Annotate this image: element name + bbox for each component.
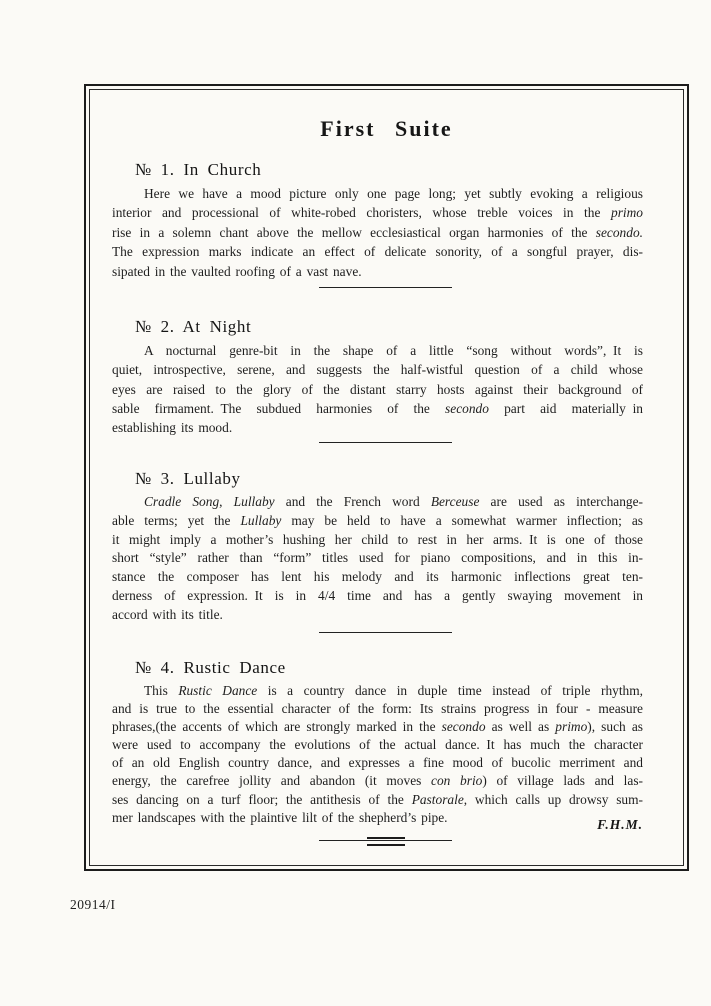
section-paragraph: Cradle Song, Lullaby and the French word… — [112, 493, 643, 625]
section-heading: № 1. In Church — [135, 160, 643, 180]
text-line: of an old English country dance, and exp… — [112, 754, 643, 772]
text-line: were used to accompany the evolutions of… — [112, 736, 643, 754]
section-4: № 4. Rustic DanceThis Rustic Dance is a … — [112, 658, 643, 827]
text-line: sipated in the vaulted roofing of a vast… — [112, 262, 643, 281]
text-line: The expression marks indicate an effect … — [112, 242, 643, 261]
section-heading: № 2. At Night — [135, 317, 643, 337]
text-line: short “style” rather than “form” titles … — [112, 549, 643, 568]
text-line: phrases,(the accents of which are strong… — [112, 718, 643, 736]
end-rule-double-bar — [367, 837, 405, 846]
text-line: able terms; yet the Lullaby may be held … — [112, 512, 643, 531]
section-2: № 2. At NightA nocturnal genre-bit in th… — [112, 317, 643, 437]
section-paragraph: A nocturnal genre-bit in the shape of a … — [112, 341, 643, 437]
text-line: interior and processional of white-robed… — [112, 203, 643, 222]
text-line: establishing its mood. — [112, 418, 643, 437]
section-divider — [319, 287, 452, 288]
text-line: eyes are raised to the glory of the dist… — [112, 380, 643, 399]
text-line: energy, the carefree jollity and abandon… — [112, 772, 643, 790]
text-line: sable firmament. The subdued harmonies o… — [112, 399, 643, 418]
text-line: mer landscapes with the plaintive lilt o… — [112, 809, 643, 827]
text-line: A nocturnal genre-bit in the shape of a … — [112, 341, 643, 360]
section-divider — [319, 632, 452, 633]
end-rule — [319, 836, 452, 845]
section-3: № 3. LullabyCradle Song, Lullaby and the… — [112, 469, 643, 625]
section-divider — [319, 442, 452, 443]
text-line: Here we have a mood picture only one pag… — [112, 184, 643, 203]
section-paragraph: Here we have a mood picture only one pag… — [112, 184, 643, 281]
text-line: it might imply a mother’s hushing her ch… — [112, 531, 643, 550]
page-title: First Suite — [86, 116, 687, 142]
text-line: accord with its title. — [112, 606, 643, 625]
text-line: This Rustic Dance is a country dance in … — [112, 682, 643, 700]
section-heading: № 4. Rustic Dance — [135, 658, 643, 678]
text-line: and is true to the essential character o… — [112, 700, 643, 718]
section-paragraph: This Rustic Dance is a country dance in … — [112, 682, 643, 827]
section-heading: № 3. Lullaby — [135, 469, 643, 489]
page-border-frame: First Suite № 1. In ChurchHere we have a… — [84, 84, 689, 871]
text-line: rise in a solemn chant above the mellow … — [112, 223, 643, 242]
section-1: № 1. In ChurchHere we have a mood pictur… — [112, 160, 643, 281]
text-line: stance the composer has lent his melody … — [112, 568, 643, 587]
text-line: Cradle Song, Lullaby and the French word… — [112, 493, 643, 512]
plate-number: 20914/I — [70, 897, 116, 913]
text-line: quiet, introspective, serene, and sugges… — [112, 360, 643, 379]
author-initials: F.H.M. — [597, 817, 643, 833]
text-line: derness of expression. It is in 4/4 time… — [112, 587, 643, 606]
text-line: ses dancing on a turf floor; the antithe… — [112, 791, 643, 809]
scanned-page: First Suite № 1. In ChurchHere we have a… — [0, 0, 711, 1006]
